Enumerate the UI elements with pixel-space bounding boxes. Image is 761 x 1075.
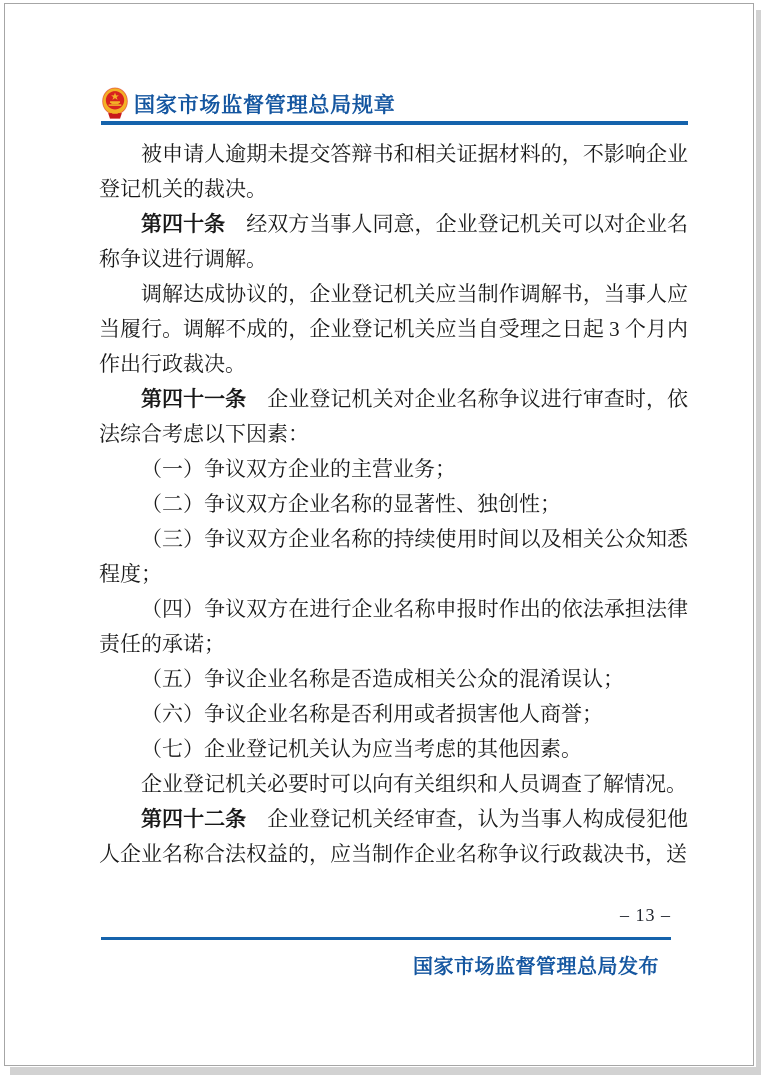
- paragraph-text: （一）争议双方企业的主营业务；: [141, 457, 456, 481]
- paragraph-text: 企业登记机关必要时可以向有关组织和人员调查了解情况。: [141, 772, 687, 796]
- article-number: 第四十二条: [141, 808, 246, 831]
- paragraph-text: （六）争议企业名称是否利用或者损害他人商誉；: [141, 702, 603, 726]
- body-paragraph: 第四十条 经双方当事人同意，企业登记机关可以对企业名称争议进行调解。: [99, 207, 688, 277]
- body-paragraph: （六）争议企业名称是否利用或者损害他人商誉；: [99, 697, 688, 732]
- body-paragraph: 调解达成协议的，企业登记机关应当制作调解书，当事人应当履行。调解不成的，企业登记…: [99, 277, 688, 382]
- body-paragraph: 第四十一条 企业登记机关对企业名称争议进行审查时，依法综合考虑以下因素：: [99, 382, 688, 452]
- body-paragraph: （七）企业登记机关认为应当考虑的其他因素。: [99, 732, 688, 767]
- publisher-line: 国家市场监督管理总局发布: [99, 950, 659, 979]
- body-paragraph: 被申请人逾期未提交答辩书和相关证据材料的，不影响企业登记机关的裁决。: [99, 137, 688, 207]
- paragraph-text: 调解达成协议的，企业登记机关应当制作调解书，当事人应当履行。调解不成的，企业登记…: [99, 282, 688, 376]
- body-paragraph: （四）争议双方在进行企业名称申报时作出的依法承担法律责任的承诺；: [99, 592, 688, 662]
- header-rule: [101, 121, 688, 125]
- paragraph-text: 被申请人逾期未提交答辩书和相关证据材料的，不影响企业登记机关的裁决。: [99, 142, 688, 201]
- paragraph-text: （三）争议双方企业名称的持续使用时间以及相关公众知悉程度；: [99, 527, 688, 586]
- footer-rule: [101, 937, 671, 940]
- document-header-title: 国家市场监督管理总局规章: [134, 89, 396, 119]
- national-emblem-icon: [101, 87, 129, 120]
- paragraph-text: （二）争议双方企业名称的显著性、独创性；: [141, 492, 561, 516]
- paragraph-text: （七）企业登记机关认为应当考虑的其他因素。: [141, 737, 582, 761]
- article-number: 第四十一条: [141, 388, 246, 411]
- article-number: 第四十条: [141, 213, 225, 236]
- body-paragraph: （二）争议双方企业名称的显著性、独创性；: [99, 487, 688, 522]
- paragraph-text: （五）争议企业名称是否造成相关公众的混淆误认；: [141, 667, 624, 691]
- document-header: 国家市场监督管理总局规章: [101, 85, 689, 121]
- body-paragraph: （三）争议双方企业名称的持续使用时间以及相关公众知悉程度；: [99, 522, 688, 592]
- body-paragraph: 第四十二条 企业登记机关经审查，认为当事人构成侵犯他人企业名称合法权益的，应当制…: [99, 802, 688, 872]
- page-shadow-right: [756, 10, 761, 1075]
- document-page: 国家市场监督管理总局规章 被申请人逾期未提交答辩书和相关证据材料的，不影响企业登…: [4, 3, 754, 1066]
- body-paragraph: （一）争议双方企业的主营业务；: [99, 452, 688, 487]
- document-viewport: 国家市场监督管理总局规章 被申请人逾期未提交答辩书和相关证据材料的，不影响企业登…: [0, 0, 761, 1075]
- page-number: – 13 –: [99, 905, 671, 926]
- paragraph-text: （四）争议双方在进行企业名称申报时作出的依法承担法律责任的承诺；: [99, 597, 688, 656]
- body-paragraph: 企业登记机关必要时可以向有关组织和人员调查了解情况。: [99, 767, 688, 802]
- document-body: 被申请人逾期未提交答辩书和相关证据材料的，不影响企业登记机关的裁决。 第四十条 …: [99, 137, 688, 872]
- page-shadow-bottom: [10, 1067, 761, 1075]
- body-paragraph: （五）争议企业名称是否造成相关公众的混淆误认；: [99, 662, 688, 697]
